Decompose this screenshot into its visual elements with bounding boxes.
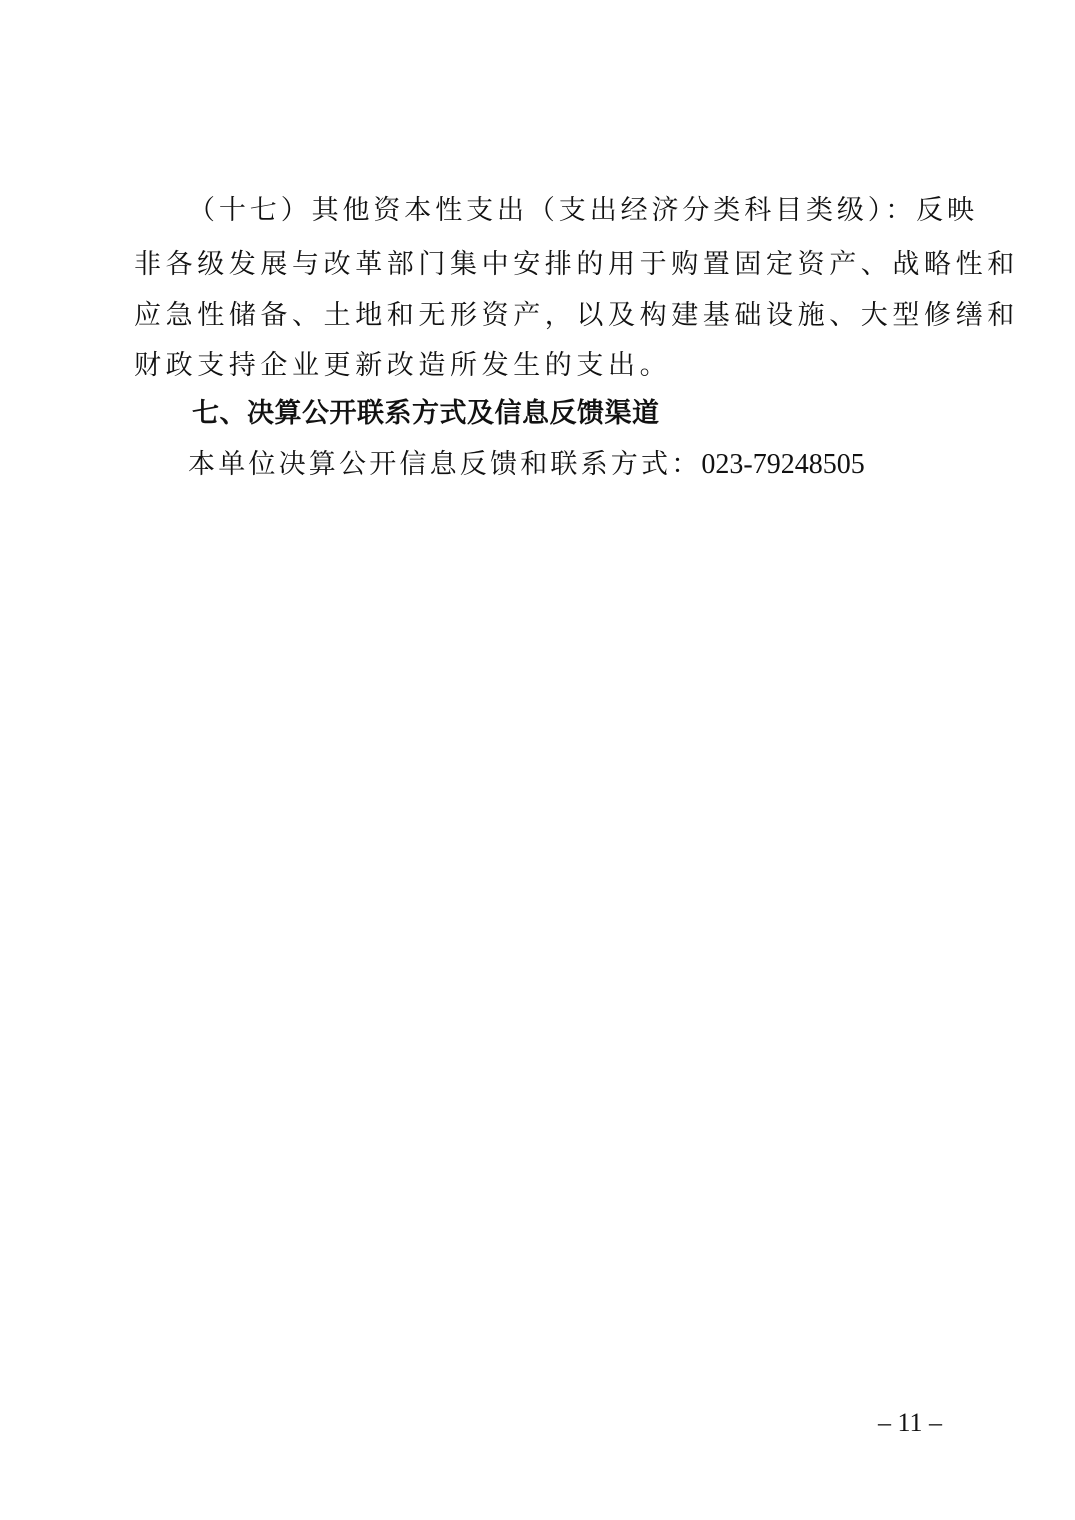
document-page: （十七）其他资本性支出（支出经济分类科目类级）：反映 非各级发展与改革部门集中安… (0, 0, 1075, 1520)
paragraph-line-2: 非各级发展与改革部门集中安排的用于购置固定资产、战略性和 (134, 236, 1019, 294)
contact-label: 本单位决算公开信息反馈和联系方式： (188, 449, 701, 480)
page-number: – 11 – (878, 1403, 942, 1443)
section-heading: 七、决算公开联系方式及信息反馈渠道 (192, 385, 660, 443)
paragraph-line-1: （十七）其他资本性支出（支出经济分类科目类级）：反映 (188, 182, 978, 240)
contact-phone: 023-79248505 (701, 449, 864, 480)
contact-line: 本单位决算公开信息反馈和联系方式：023-79248505 (188, 436, 865, 494)
